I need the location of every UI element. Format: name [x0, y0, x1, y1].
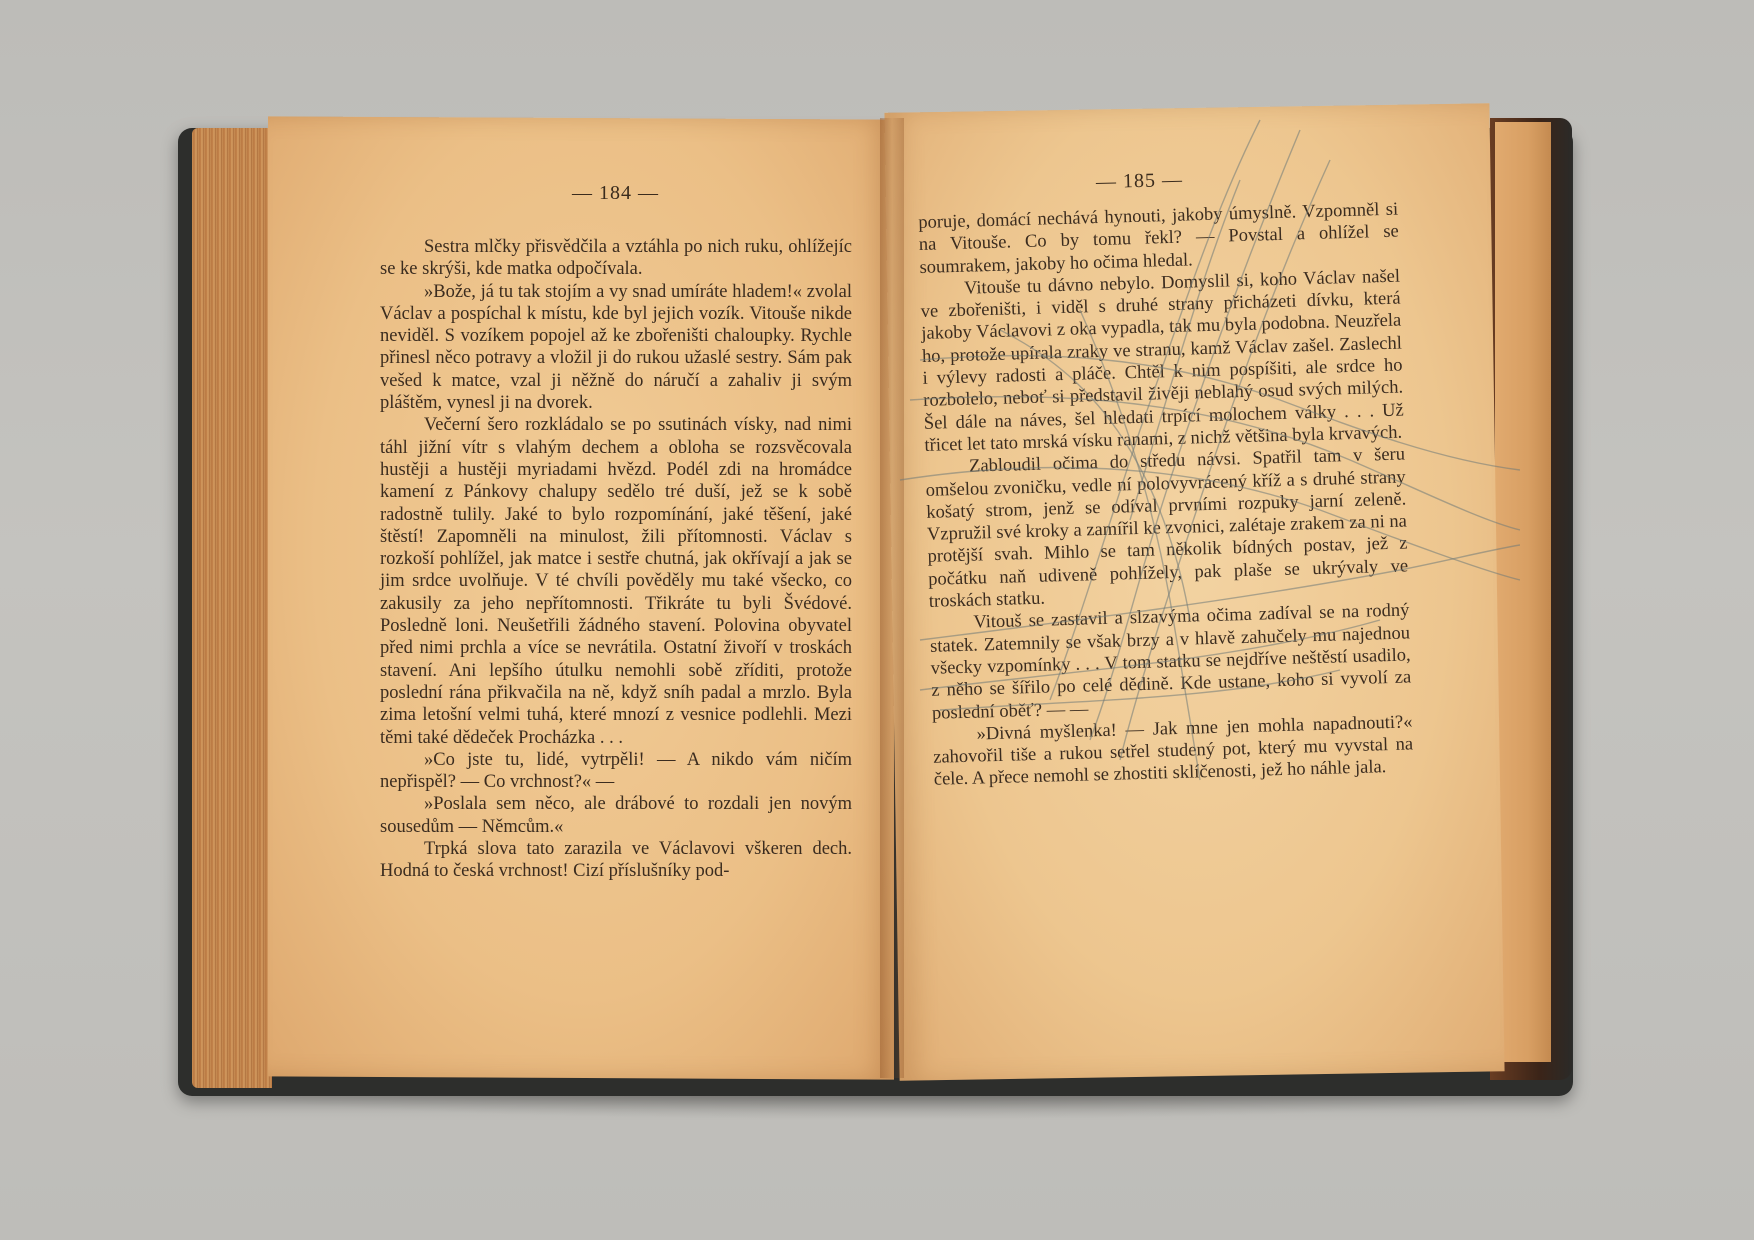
- right-page-number: — 185 —: [1096, 169, 1184, 194]
- paragraph: »Co jste tu, lidé, vytrpěli! — A nikdo v…: [380, 749, 852, 794]
- book-photo: — 184 — — 185 — Sestra mlčky přisvědčila…: [0, 0, 1754, 1240]
- paragraph: Vitouš se zastavil a slzavýma očima zadí…: [929, 600, 1412, 725]
- paragraph: »Divná myšlenka! — Jak mne jen mohla nap…: [932, 711, 1414, 791]
- left-page-edges: [192, 128, 272, 1088]
- left-page-number: — 184 —: [572, 182, 659, 205]
- right-page-edges: [1495, 122, 1551, 1062]
- paragraph: »Bože, já tu tak stojím a vy snad umírát…: [380, 281, 852, 415]
- paragraph: Vitouše tu dávno nebylo. Domyslil si, ko…: [920, 265, 1405, 457]
- paragraph: Zabloudil očima do středu návsi. Spatřil…: [925, 444, 1409, 613]
- paragraph: Sestra mlčky přisvědčila a vztáhla po ni…: [380, 236, 852, 281]
- paragraph: Večerní šero rozkládalo se po ssutinách …: [380, 414, 852, 748]
- book-gutter: [880, 118, 904, 1078]
- paragraph: Trpká slova tato zarazila ve Václavovi v…: [380, 838, 852, 883]
- right-page-text: poruje, domácí nechává hynouti, jakoby ú…: [918, 199, 1414, 792]
- paragraph: »Poslala sem něco, ale drábové to rozdal…: [380, 793, 852, 838]
- left-page-text: Sestra mlčky přisvědčila a vztáhla po ni…: [380, 236, 852, 883]
